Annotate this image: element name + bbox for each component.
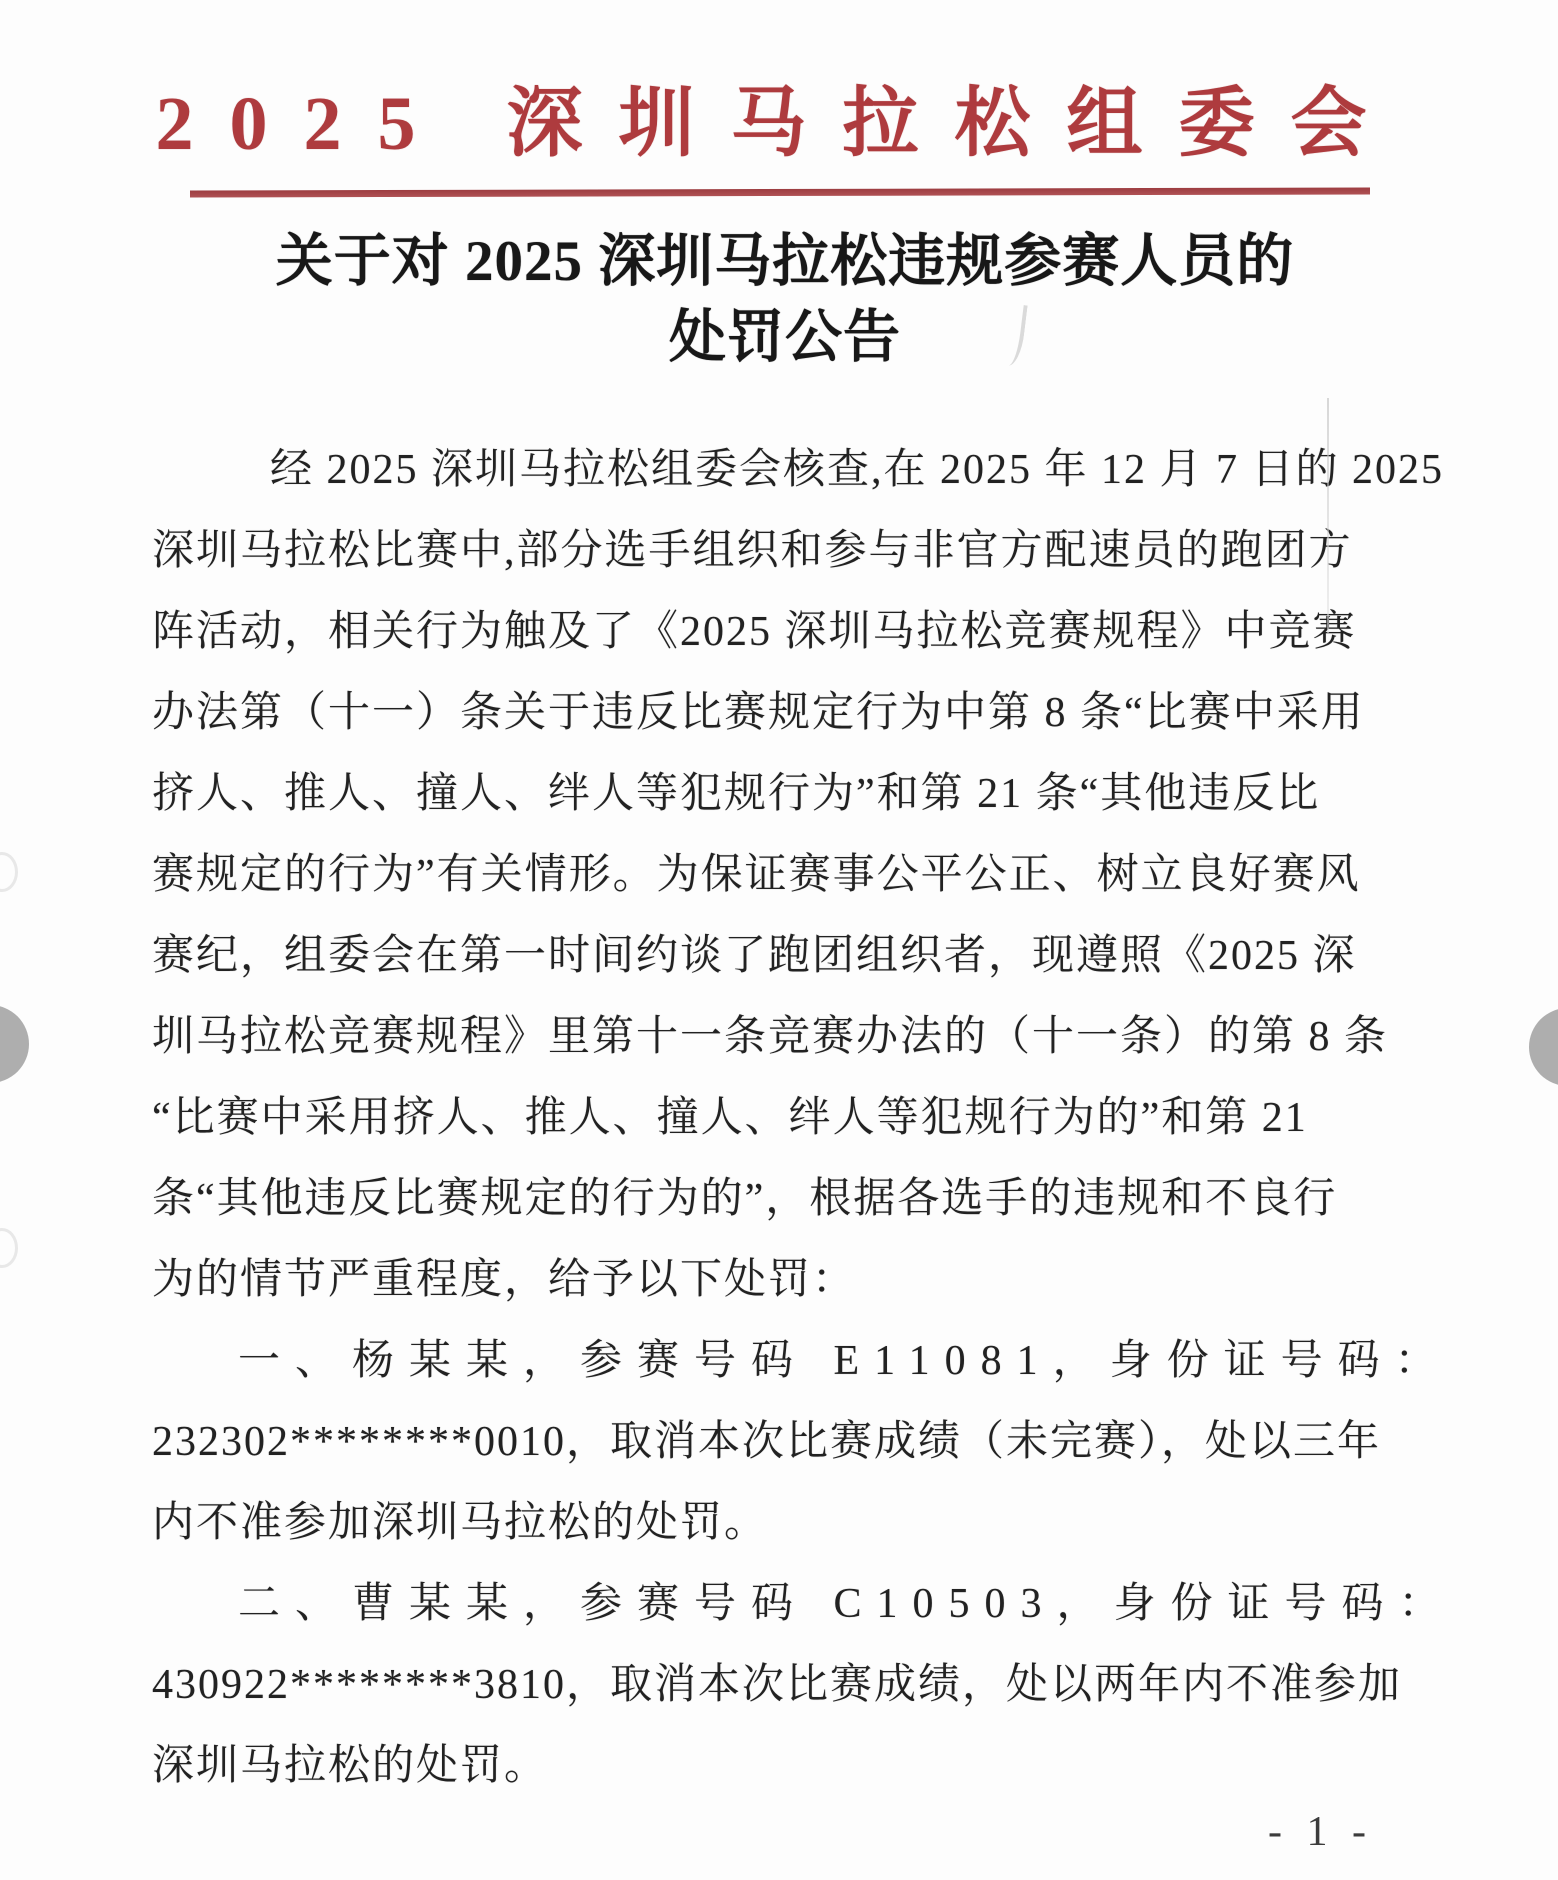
body-line: 430922********3810，取消本次比赛成绩，处以两年内不准参加 <box>152 1645 1428 1726</box>
penalty-item-2-heading: 二、曹某某，参赛号码 C10503，身份证号码： <box>152 1564 1428 1645</box>
body-line: 深圳马拉松比赛中,部分选手组织和参与非官方配速员的跑团方 <box>152 511 1428 592</box>
next-image-button[interactable] <box>1529 1008 1558 1086</box>
body-line: 赛规定的行为”有关情形。为保证赛事公平公正、树立良好赛风 <box>152 835 1428 916</box>
document-title-line2: 处罚公告 <box>150 300 1420 376</box>
document-title: 关于对 2025 深圳马拉松违规参赛人员的 处罚公告 <box>150 224 1420 376</box>
body-line: 圳马拉松竞赛规程》里第十一条竞赛办法的（十一条）的第 8 条 <box>152 997 1428 1078</box>
body-line: 办法第（十一）条关于违反比赛规定行为中第 8 条“比赛中采用 <box>152 673 1428 754</box>
page-number: - 1 - <box>1268 1808 1373 1856</box>
body-line: 赛纪，组委会在第一时间约谈了跑团组织者，现遵照《2025 深 <box>152 916 1428 997</box>
body-line: 232302********0010，取消本次比赛成绩（未完赛），处以三年 <box>152 1402 1428 1483</box>
body-line: 经 2025 深圳马拉松组委会核查,在 2025 年 12 月 7 日的 202… <box>152 430 1428 511</box>
body-line: 阵活动，相关行为触及了《2025 深圳马拉松竞赛规程》中竞赛 <box>152 592 1428 673</box>
organization-header: 2025 深圳马拉松组委会 <box>144 62 1414 171</box>
penalty-item-1-heading: 一、杨某某，参赛号码 E11081，身份证号码： <box>152 1321 1428 1402</box>
body-line: 深圳马拉松的处罚。 <box>152 1726 1428 1807</box>
scan-artifact <box>0 852 18 892</box>
body-line: 内不准参加深圳马拉松的处罚。 <box>152 1483 1428 1564</box>
body-line: “比赛中采用挤人、推人、撞人、绊人等犯规行为的”和第 21 <box>152 1078 1428 1159</box>
prev-image-button[interactable] <box>0 1005 29 1083</box>
body-line: 为的情节严重程度，给予以下处罚： <box>152 1240 1428 1321</box>
document-body: 经 2025 深圳马拉松组委会核查,在 2025 年 12 月 7 日的 202… <box>152 430 1428 1807</box>
scan-artifact <box>0 1228 18 1268</box>
header-rule <box>190 187 1370 197</box>
body-line: 条“其他违反比赛规定的行为的”，根据各选手的违规和不良行 <box>152 1159 1428 1240</box>
body-line: 挤人、推人、撞人、绊人等犯规行为”和第 21 条“其他违反比 <box>152 754 1428 835</box>
document-title-line1: 关于对 2025 深圳马拉松违规参赛人员的 <box>150 224 1420 300</box>
scanned-document-page: 2025 深圳马拉松组委会 关于对 2025 深圳马拉松违规参赛人员的 处罚公告… <box>0 0 1558 1880</box>
